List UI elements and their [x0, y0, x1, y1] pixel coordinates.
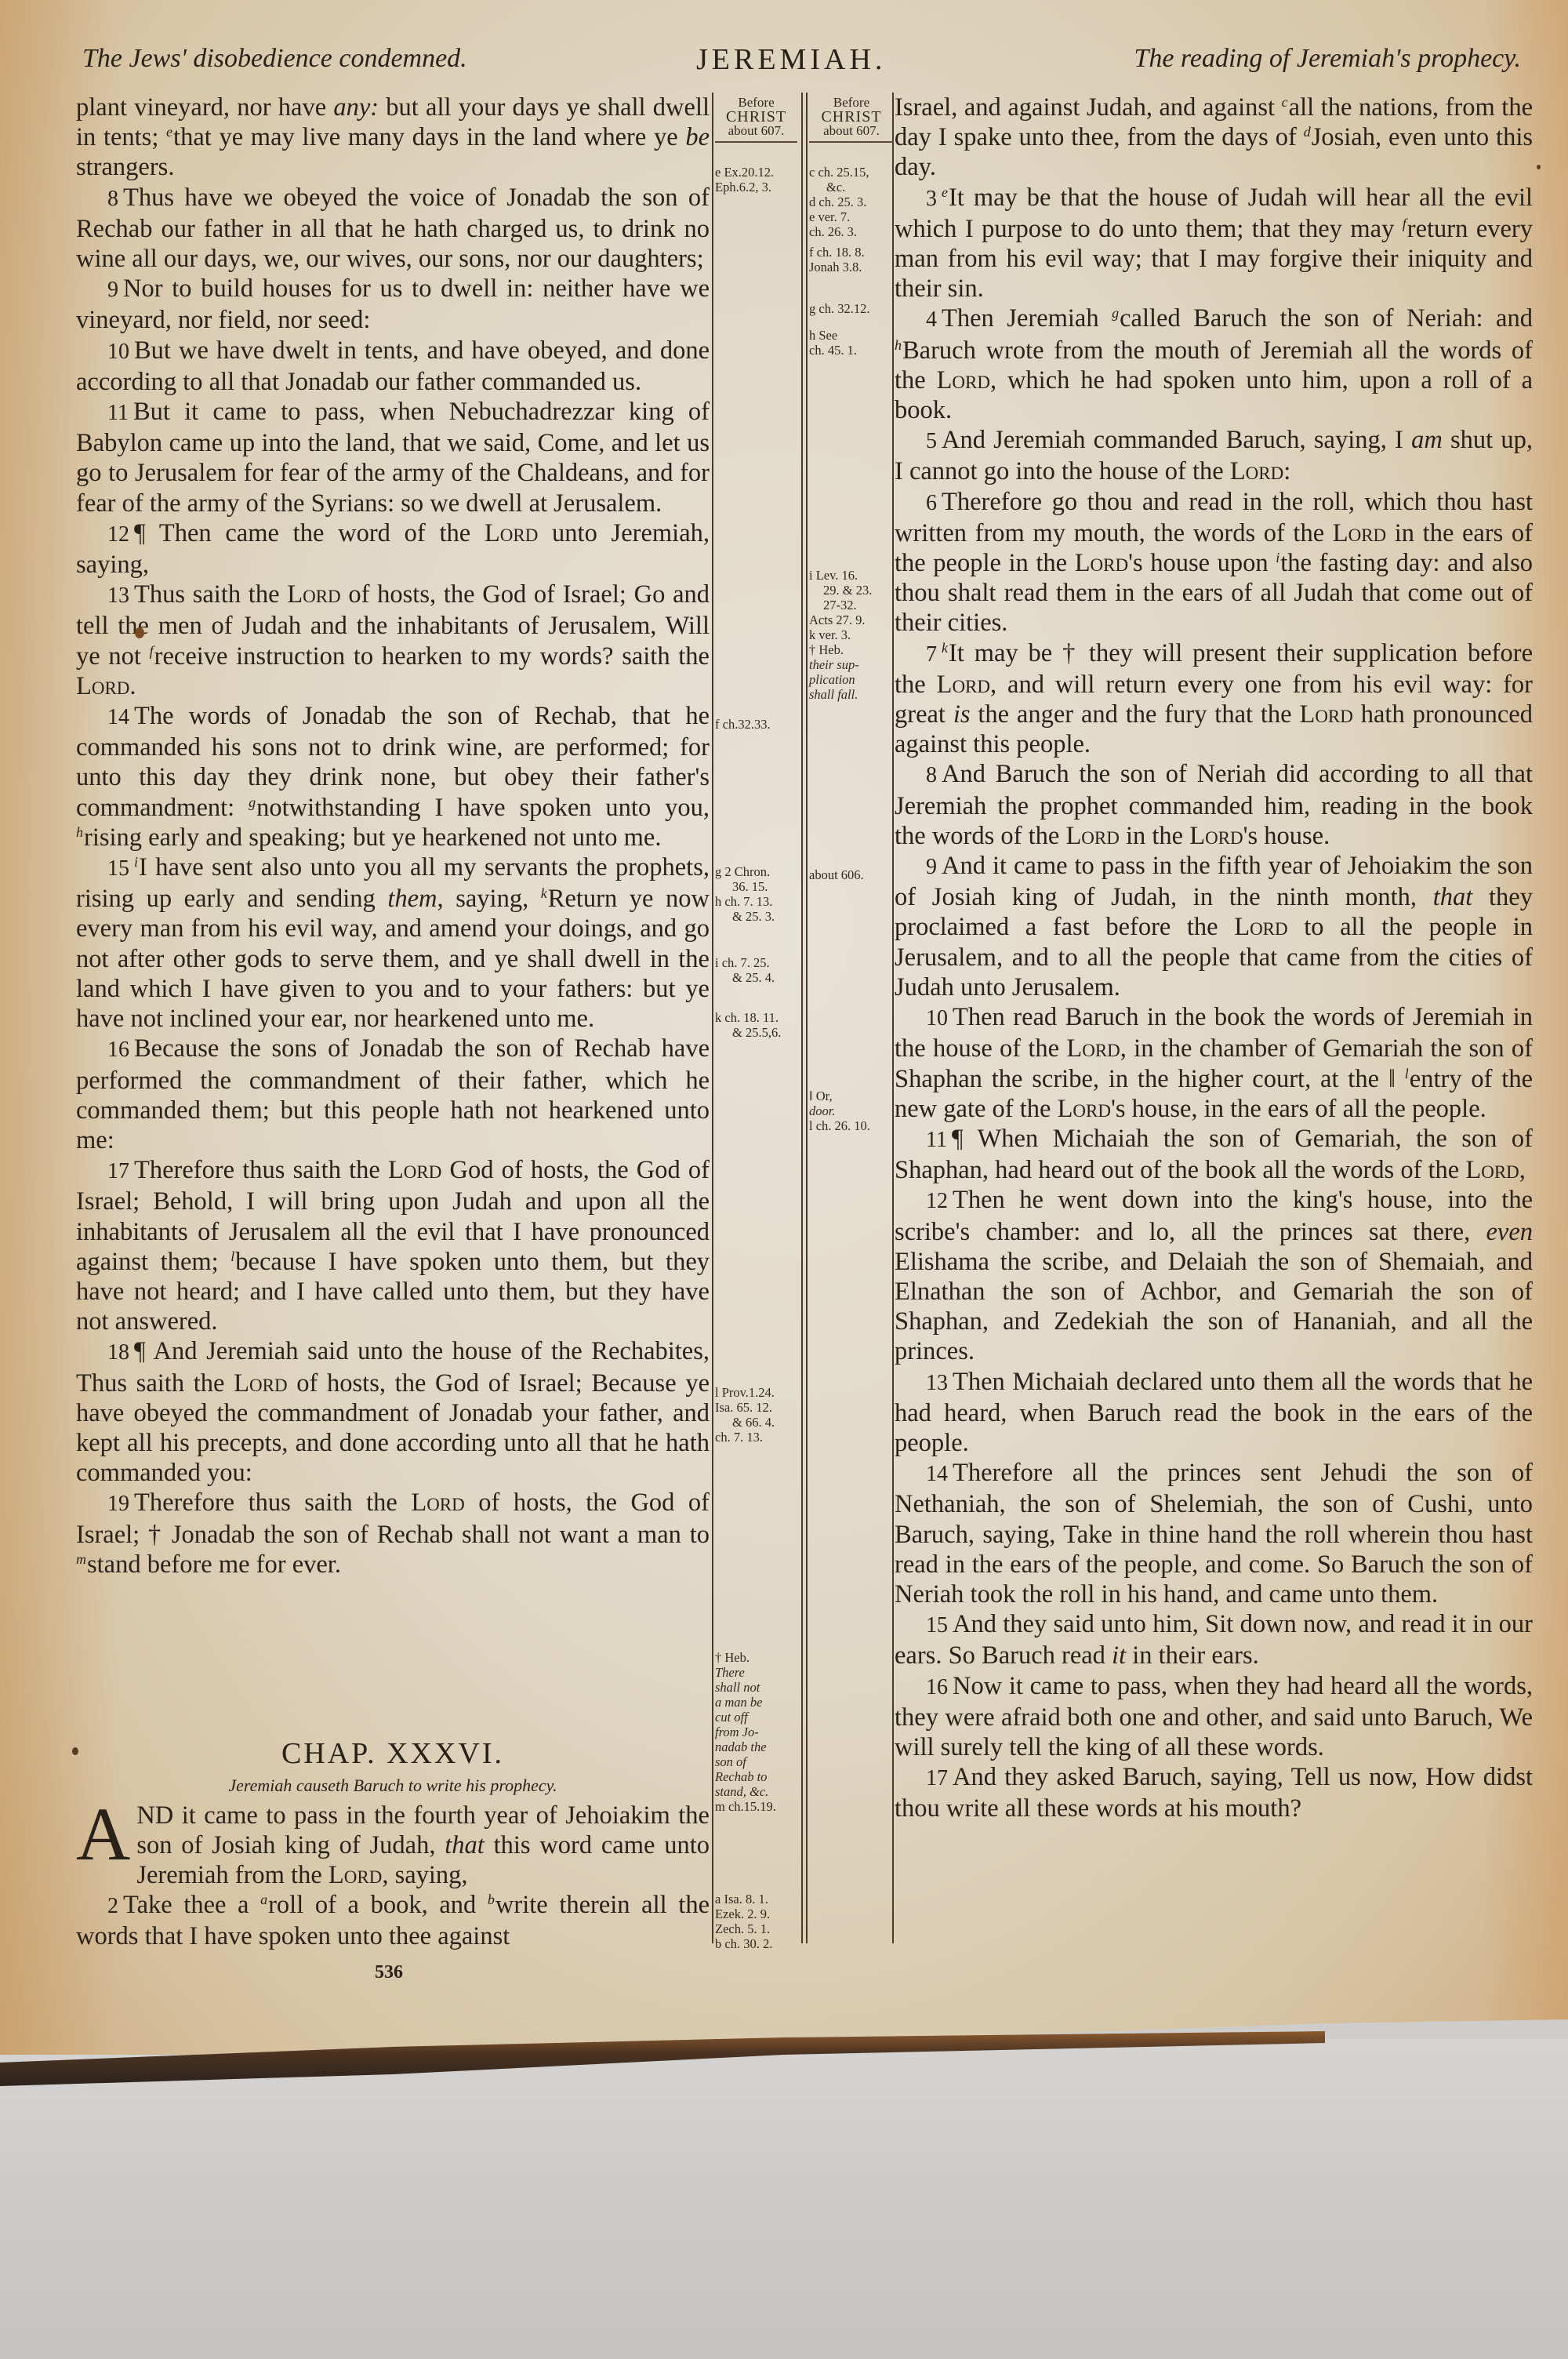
- note-text: shall fall.: [809, 687, 894, 702]
- verse-number: 8: [926, 763, 937, 787]
- cross-reference-note: i Lev. 16. 29. & 23. 27-32. Acts 27. 9. …: [809, 568, 894, 702]
- reference-mark: k: [541, 885, 547, 901]
- verse-number: 14: [926, 1462, 948, 1486]
- reference-mark: g: [249, 794, 256, 810]
- verse-number: 4: [926, 307, 937, 332]
- divine-name: Lord: [1333, 519, 1386, 547]
- divine-name: Lord: [1299, 700, 1352, 729]
- verse-13: 13Thus saith the Lord of hosts, the God …: [76, 580, 710, 701]
- verse-text: And Jeremiah commanded Baruch, saying, I: [942, 426, 1411, 454]
- verse-text: Thus saith the: [134, 580, 287, 609]
- italic-word: even: [1486, 1218, 1533, 1246]
- cross-reference: Zech. 5. 1.: [715, 1921, 797, 1936]
- verse-text: Because the sons of Jonadab the son of R…: [76, 1034, 710, 1154]
- verse-text: Take thee a: [123, 1891, 260, 1919]
- verse-2: 2Take thee a aroll of a book, and bwrite…: [76, 1890, 710, 1951]
- cross-reference: Jonah 3.8.: [809, 260, 894, 274]
- verse-text: strangers.: [76, 153, 174, 181]
- verse-text: :: [1283, 457, 1290, 485]
- verse-text: .: [129, 672, 136, 700]
- note-text: Rechab to: [715, 1769, 797, 1784]
- verse-number: 3: [926, 187, 937, 211]
- reference-mark: i: [1276, 550, 1279, 565]
- verse-text: Nor to build houses for us to dwell in: …: [76, 274, 710, 334]
- verse-text: Therefore thus saith the: [134, 1488, 411, 1517]
- margin-date-label: CHRIST: [809, 110, 894, 124]
- note-text: cut off: [715, 1710, 797, 1725]
- cross-reference: f ch. 18. 8.: [809, 245, 894, 260]
- verse-9: 9Nor to build houses for us to dwell in:…: [76, 274, 710, 335]
- divine-name: Lord: [76, 672, 129, 700]
- verse-text: roll of a book, and: [268, 1891, 488, 1919]
- cross-reference: ch. 7. 13.: [715, 1430, 797, 1445]
- verse-9: 9And it came to pass in the fifth year o…: [895, 851, 1533, 1002]
- column-rule: [801, 93, 803, 1943]
- verse-text: Then Michaiah declared unto them all the…: [895, 1368, 1533, 1457]
- verse-number: 15: [107, 856, 129, 881]
- verse-number: 16: [926, 1675, 948, 1699]
- verse-text: 's house.: [1243, 822, 1330, 850]
- verse-number: 19: [107, 1492, 129, 1516]
- verse-10: 10Then read Baruch in the book the words…: [895, 1002, 1533, 1124]
- verse-16: 16Now it came to pass, when they had hea…: [895, 1671, 1533, 1763]
- verse-4: 4Then Jeremiah gcalled Baruch the son of…: [895, 304, 1533, 425]
- table-surface: [0, 2039, 1568, 2359]
- page-number: 536: [375, 1962, 403, 1983]
- reference-mark: e: [166, 124, 172, 140]
- verse-text: Therefore all the princes sent Jehudi th…: [895, 1459, 1533, 1608]
- cross-reference: Isa. 65. 12.: [715, 1400, 797, 1415]
- cross-reference: & 25. 4.: [715, 970, 797, 985]
- divine-name: Lord: [388, 1156, 441, 1184]
- verse-number: 6: [926, 491, 937, 515]
- cross-reference: b ch. 30. 2.: [715, 1936, 797, 1951]
- cross-reference: c ch. 25.15,: [809, 165, 894, 180]
- note-text: a man be: [715, 1695, 797, 1710]
- verse-text: the anger and the fury that the: [971, 700, 1300, 729]
- italic-word: be: [685, 123, 710, 151]
- cross-reference: ch. 26. 3.: [809, 224, 894, 239]
- verse-text: But it came to pass, when Nebuchadrezzar…: [76, 398, 710, 518]
- cross-reference: Acts 27. 9.: [809, 612, 894, 627]
- verse-number: 18: [107, 1340, 129, 1365]
- note-text: their sup-: [809, 657, 894, 672]
- divine-name: Lord: [411, 1488, 464, 1517]
- ink-spot: [135, 627, 144, 638]
- ink-spot: [1537, 165, 1541, 169]
- verse-13: 13Then Michaiah declared unto them all t…: [895, 1367, 1533, 1459]
- reference-mark: h: [76, 824, 83, 840]
- divine-name: Lord: [1075, 549, 1128, 577]
- running-head-right: The reading of Jeremiah's prophecy.: [1134, 44, 1521, 74]
- verse-number: 7: [926, 642, 937, 667]
- note-text: shall not: [715, 1680, 797, 1695]
- verse-11: 11But it came to pass, when Nebuchadrezz…: [76, 397, 710, 518]
- verse-17: 17And they asked Baruch, saying, Tell us…: [895, 1762, 1533, 1823]
- reference-mark: k: [942, 640, 948, 656]
- cross-reference-note: l Prov.1.24. Isa. 65. 12. & 66. 4. ch. 7…: [715, 1385, 797, 1445]
- ink-spot: [72, 1747, 78, 1755]
- italic-word: them: [387, 885, 437, 913]
- cross-reference: & 25.5,6.: [715, 1025, 797, 1040]
- verse-number: 12: [926, 1189, 948, 1213]
- cross-reference: 29. & 23.: [809, 583, 894, 598]
- verse-text: receive instruction to hearken to my wor…: [154, 642, 710, 671]
- cross-reference: h See: [809, 328, 894, 343]
- cross-reference: g 2 Chron.: [715, 864, 797, 879]
- verse-2-continuation: Israel, and against Judah, and against c…: [895, 93, 1533, 183]
- cross-reference: e Ex.20.12.: [715, 165, 797, 180]
- verse-number: 13: [926, 1371, 948, 1395]
- note-text: There: [715, 1665, 797, 1680]
- verse-17: 17Therefore thus saith the Lord God of h…: [76, 1155, 710, 1336]
- verse-10: 10But we have dwelt in tents, and have o…: [76, 336, 710, 397]
- cross-reference-note: g 2 Chron. 36. 15. h ch. 7. 13. & 25. 3.: [715, 864, 797, 924]
- verse-text: , which he had spoken unto him, upon a r…: [895, 366, 1533, 424]
- verse-number: 10: [107, 340, 129, 364]
- verse-text: notwithstanding I have spoken unto you,: [256, 794, 710, 822]
- cross-reference: d ch. 25. 3.: [809, 194, 894, 209]
- running-head-book-title: JEREMIAH.: [696, 42, 886, 77]
- cross-reference: & 25. 3.: [715, 909, 797, 924]
- note-text: nadab the: [715, 1739, 797, 1754]
- cross-reference: h ch. 7. 13.: [715, 894, 797, 909]
- verse-18: 18¶ And Jeremiah said unto the house of …: [76, 1336, 710, 1488]
- divine-name: Lord: [1465, 1156, 1519, 1184]
- verse-8: 8Thus have we obeyed the voice of Jonada…: [76, 183, 710, 274]
- verse-14: 14The words of Jonadab the son of Rechab…: [76, 701, 710, 852]
- cross-reference-note: f ch. 18. 8. Jonah 3.8.: [809, 245, 894, 274]
- cross-reference-note: a Isa. 8. 1. Ezek. 2. 9. Zech. 5. 1. b c…: [715, 1892, 797, 1951]
- verse-6: 6Therefore go thou and read in the roll,…: [895, 487, 1533, 638]
- hebrew-translation-note: † Heb. There shall not a man be cut off …: [715, 1650, 797, 1814]
- cross-reference-note: ‖ Or, door. l ch. 26. 10.: [809, 1089, 894, 1133]
- verse-text: Therefore thus saith the: [134, 1156, 388, 1184]
- verse-number: 11: [926, 1128, 947, 1152]
- cross-reference: m ch.15.19.: [715, 1799, 797, 1814]
- drop-cap: A: [76, 1804, 130, 1865]
- verse-number: 8: [107, 187, 118, 211]
- reference-mark: m: [76, 1551, 86, 1567]
- cross-reference: l ch. 26. 10.: [809, 1118, 894, 1133]
- cross-reference-note: f ch.32.33.: [715, 717, 797, 732]
- running-head: The Jews' disobedience condemned. JEREMI…: [0, 44, 1568, 83]
- note-text: door.: [809, 1103, 894, 1118]
- cross-reference: † Heb.: [809, 642, 894, 657]
- cross-reference: † Heb.: [715, 1650, 797, 1665]
- margin-date-label: CHRIST: [715, 110, 797, 124]
- verse-11: 11¶ When Michaiah the son of Gemariah, t…: [895, 1124, 1533, 1185]
- verse-8: 8And Baruch the son of Neriah did accord…: [895, 759, 1533, 851]
- verse-text: , saying,: [382, 1861, 467, 1889]
- cross-reference: ch. 45. 1.: [809, 343, 894, 358]
- verse-number: 9: [926, 855, 937, 879]
- verse-14: 14Therefore all the princes sent Jehudi …: [895, 1458, 1533, 1609]
- margin-date-left: Before CHRIST about 607.: [715, 96, 797, 143]
- cross-reference: &c.: [809, 180, 894, 194]
- cross-reference: Eph.6.2, 3.: [715, 180, 797, 194]
- italic-word: that: [1433, 883, 1473, 911]
- verse-number: 13: [107, 583, 129, 608]
- column-rule: [892, 93, 894, 1943]
- verse-text: , saying,: [437, 885, 541, 913]
- reference-mark: c: [1282, 94, 1288, 110]
- cross-reference: a Isa. 8. 1.: [715, 1892, 797, 1906]
- cross-reference: Ezek. 2. 9.: [715, 1906, 797, 1921]
- cross-reference-note: c ch. 25.15, &c. d ch. 25. 3. e ver. 7. …: [809, 165, 894, 239]
- cross-reference: e ver. 7.: [809, 209, 894, 224]
- verse-text: ,: [1519, 1156, 1526, 1184]
- cross-reference: i ch. 7. 25.: [715, 955, 797, 970]
- margin-date-value: about 607.: [715, 124, 797, 138]
- verse-16: 16Because the sons of Jonadab the son of…: [76, 1034, 710, 1155]
- cross-reference: 27-32.: [809, 598, 894, 612]
- italic-word: that: [445, 1831, 485, 1859]
- verse-15: 15And they said unto him, Sit down now, …: [895, 1609, 1533, 1670]
- cross-reference: i Lev. 16.: [809, 568, 894, 583]
- verse-text: ¶ When Michaiah the son of Gemariah, the…: [895, 1125, 1533, 1184]
- verse-text: Thus have we obeyed the voice of Jonadab…: [76, 184, 710, 273]
- verse-text: plant vineyard, nor have: [76, 93, 333, 122]
- italic-word: is: [953, 700, 971, 729]
- italic-word: any:: [333, 93, 379, 122]
- cross-reference: k ch. 18. 11.: [715, 1010, 797, 1025]
- cross-reference: l Prov.1.24.: [715, 1385, 797, 1400]
- reference-mark: d: [1304, 124, 1311, 140]
- cross-reference: f ch.32.33.: [715, 717, 797, 732]
- verse-3: 3eIt may be that the house of Judah will…: [895, 183, 1533, 304]
- reference-mark: h: [895, 337, 902, 353]
- reference-mark: l: [230, 1249, 234, 1264]
- verse-number: 10: [926, 1006, 948, 1030]
- right-text-column: Israel, and against Judah, and against c…: [895, 93, 1533, 1824]
- cross-reference-note: g ch. 32.12.: [809, 301, 894, 316]
- verse-text: But we have dwelt in tents, and have obe…: [76, 336, 710, 396]
- divine-name: Lord: [1230, 457, 1283, 485]
- divine-name: Lord: [937, 671, 990, 699]
- verse-text: 's house upon: [1128, 549, 1276, 577]
- verse-1: AND it came to pass in the fourth year o…: [76, 1801, 710, 1890]
- chapter-opening: AND it came to pass in the fourth year o…: [76, 1801, 710, 1951]
- column-rule: [806, 93, 808, 1943]
- verse-number: 11: [107, 401, 129, 425]
- verse-number: 12: [107, 522, 129, 547]
- reference-mark: e: [942, 184, 948, 200]
- divine-name: Lord: [937, 366, 990, 394]
- verse-number: 2: [107, 1894, 118, 1918]
- verse-text: Then Jeremiah: [942, 304, 1112, 333]
- verse-number: 15: [926, 1613, 948, 1637]
- cross-reference: 36. 15.: [715, 879, 797, 894]
- divine-name: Lord: [1065, 822, 1119, 850]
- verse-number: 17: [107, 1159, 129, 1183]
- verse-12: 12¶ Then came the word of the Lord unto …: [76, 518, 710, 580]
- chapter-title: CHAP. XXXVI.: [76, 1736, 710, 1771]
- verse-text: And they asked Baruch, saying, Tell us n…: [895, 1763, 1533, 1823]
- cross-reference: & 66. 4.: [715, 1415, 797, 1430]
- margin-date-right: Before CHRIST about 607.: [809, 96, 894, 143]
- verse-number: 14: [107, 705, 129, 729]
- verse-text: Now it came to pass, when they had heard…: [895, 1672, 1533, 1761]
- margin-date-value: about 606.: [809, 867, 894, 882]
- margin-date-note: about 606.: [809, 867, 894, 882]
- verse-text: called Baruch the son of Neriah: and: [1120, 304, 1533, 333]
- running-head-left: The Jews' disobedience condemned.: [82, 44, 467, 74]
- left-text-column: plant vineyard, nor have any: but all yo…: [76, 93, 710, 1579]
- note-text: son of: [715, 1754, 797, 1769]
- cross-reference-note: h See ch. 45. 1.: [809, 328, 894, 358]
- reference-mark: f: [150, 643, 154, 659]
- cross-reference: k ver. 3.: [809, 627, 894, 642]
- margin-date-value: about 607.: [809, 124, 894, 138]
- note-text: plication: [809, 672, 894, 687]
- reference-mark: a: [260, 1892, 267, 1907]
- divine-name: Lord: [1234, 913, 1287, 941]
- cross-reference: g ch. 32.12.: [809, 301, 894, 316]
- verse-5: 5And Jeremiah commanded Baruch, saying, …: [895, 425, 1533, 486]
- italic-word: am: [1411, 426, 1443, 454]
- divine-name: Lord: [1066, 1034, 1120, 1063]
- divine-name: Lord: [1058, 1095, 1111, 1123]
- verse-text: that ye may live many days in the land w…: [173, 123, 685, 151]
- divine-name: Lord: [287, 580, 340, 609]
- reference-mark: f: [1403, 216, 1406, 231]
- reference-mark: i: [134, 854, 138, 870]
- verse-text: rising early and speaking; but ye hearke…: [84, 823, 661, 852]
- verse-7: 7kIt may be † they will present their su…: [895, 638, 1533, 760]
- note-text: stand, &c.: [715, 1784, 797, 1799]
- verse-15: 15iI have sent also unto you all my serv…: [76, 852, 710, 1034]
- verse-number: 16: [107, 1038, 129, 1062]
- verse-text: in the: [1120, 822, 1189, 850]
- divine-name: Lord: [1189, 822, 1243, 850]
- reference-mark: g: [1112, 305, 1119, 321]
- divine-name: Lord: [485, 519, 538, 547]
- italic-word: it: [1112, 1641, 1126, 1670]
- cross-reference-note: i ch. 7. 25. & 25. 4.: [715, 955, 797, 985]
- reference-mark: l: [1405, 1066, 1409, 1081]
- verse-text: stand before me for ever.: [87, 1550, 341, 1579]
- cross-reference-note: e Ex.20.12. Eph.6.2, 3.: [715, 165, 797, 194]
- verse-19: 19Therefore thus saith the Lord of hosts…: [76, 1488, 710, 1579]
- verse-number: 9: [107, 278, 118, 302]
- verse-text: in their ears.: [1126, 1641, 1259, 1670]
- note-text: from Jo-: [715, 1725, 797, 1739]
- verse-text: Israel, and against Judah, and against: [895, 93, 1282, 122]
- chapter-summary: Jeremiah causeth Baruch to write his pro…: [76, 1776, 710, 1796]
- verse-text: 's house, in the ears of all the people.: [1111, 1095, 1486, 1123]
- verse-number: 5: [926, 429, 937, 453]
- reference-mark: b: [488, 1892, 495, 1907]
- verse-continuation: plant vineyard, nor have any: but all yo…: [76, 93, 710, 183]
- cross-reference-note: k ch. 18. 11. & 25.5,6.: [715, 1010, 797, 1040]
- verse-text: Then he went down into the king's house,…: [895, 1186, 1533, 1245]
- divine-name: Lord: [234, 1369, 287, 1398]
- verse-text: ¶ Then came the word of the: [134, 519, 485, 547]
- cross-reference: ‖ Or,: [809, 1089, 894, 1103]
- divine-name: Lord: [328, 1861, 382, 1889]
- verse-12: 12Then he went down into the king's hous…: [895, 1185, 1533, 1366]
- column-rule: [712, 93, 713, 1943]
- verse-number: 17: [926, 1766, 948, 1790]
- verse-text: Elishama the scribe, and Delaiah the son…: [895, 1248, 1533, 1366]
